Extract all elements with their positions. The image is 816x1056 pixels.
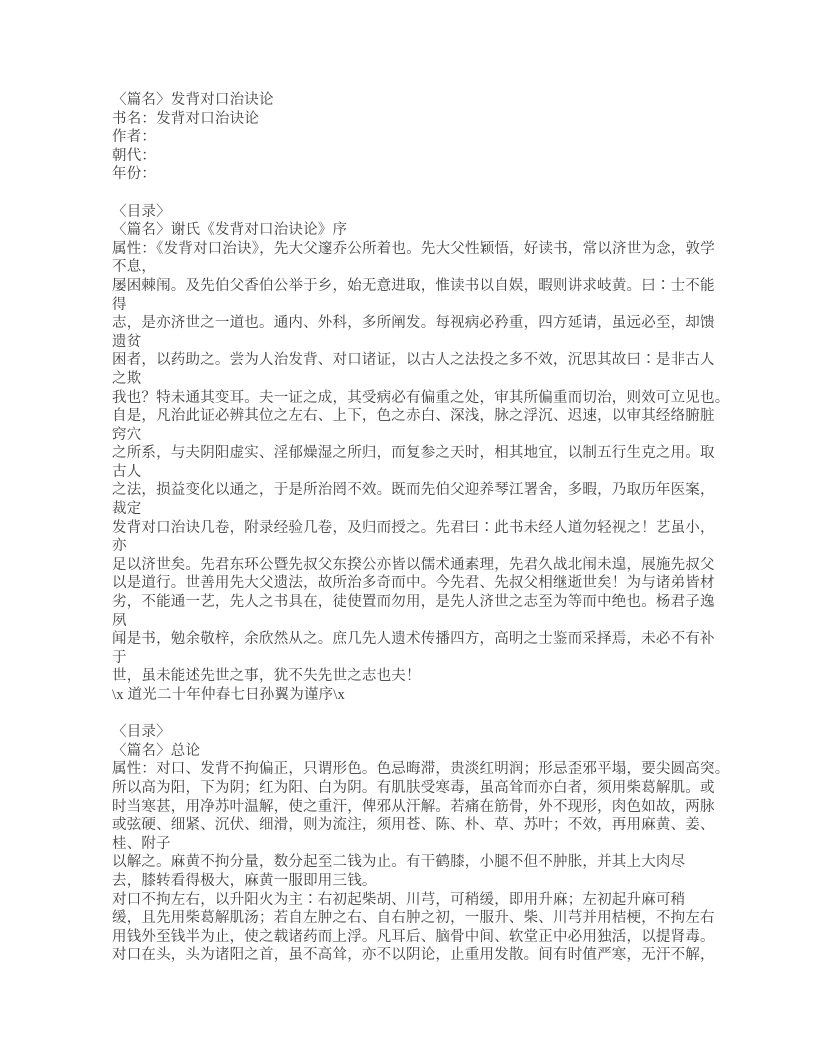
text-line: 足以济世矣。先君东环公暨先叔父东揆公亦皆以儒术通素理，先君久战北闱未遑，展施先叔…: [112, 556, 732, 575]
text-line: 不息，: [112, 258, 732, 277]
text-line: 属性：对口、发背不拘偏正，只谓形色。色忌晦滞，贵淡红明润；形忌歪邪平塌，要尖圆高…: [112, 760, 732, 779]
text-line: 用钱外至钱半为止，使之载诸药而上浮。凡耳后、脑骨中间、软堂正中必用独活，以提肾毒…: [112, 928, 732, 947]
text-line: 之欺: [112, 370, 732, 389]
text-line: 去，膝转看得极大，麻黄一服即用三钱。: [112, 872, 732, 891]
text-line: 或弦硬、细紧、沉伏、细滑，则为流注，须用苍、陈、朴、草、苏叶；不效，再用麻黄、姜…: [112, 816, 732, 835]
text-line: 缓，且先用柴葛解肌汤；若自左肿之右、自右肿之初，一服升、柴、川芎并用桔梗，不拘左…: [112, 909, 732, 928]
text-line: 朝代：: [112, 147, 732, 166]
text-line: 于: [112, 649, 732, 668]
text-line: 之所系，与夫阴阳虚实、淫郁燥湿之所归，而复参之天时，相其地宜，以制五行生克之用。…: [112, 444, 732, 463]
text-line: 亦: [112, 537, 732, 556]
text-line: 困者，以药助之。尝为人治发背、对口诸证，以古人之法投之多不效，沉思其故曰∶是非古…: [112, 351, 732, 370]
text-line: 志，是亦济世之一道也。通内、外科，多所阐发。每视病必矜重，四方延请，虽远必至，却…: [112, 314, 732, 333]
text-line: 我也？特未通其变耳。夫一证之成，其受病必有偏重之处，审其所偏重而切治，则效可立见…: [112, 389, 732, 408]
text-line: 〈目录〉: [112, 723, 732, 742]
text-line: 〈篇名〉总论: [112, 742, 732, 761]
text-line: 裁定: [112, 500, 732, 519]
text-line: 窍穴: [112, 426, 732, 445]
text-line: 〈篇名〉谢氏《发背对口治诀论》序: [112, 221, 732, 240]
document-text: 〈篇名〉发背对口治诀论书名：发背对口治诀论作者：朝代：年份： 〈目录〉〈篇名〉谢…: [112, 91, 732, 965]
text-line: 对口不拘左右，以升阳火为主∶右初起柴胡、川芎，可稍缓，即用升麻；左初起升麻可稍: [112, 891, 732, 910]
text-line: 发背对口治诀几卷，附录经验几卷，及归而授之。先君曰∶此书未经人道勿轻视之！艺虽小…: [112, 519, 732, 538]
text-line: 〈目录〉: [112, 203, 732, 222]
text-line: 世，虽未能述先世之事，犹不失先世之志也夫！: [112, 667, 732, 686]
text-line: 夙: [112, 612, 732, 631]
text-line: 遗贫: [112, 333, 732, 352]
text-line: 所以高为阳，下为阴；红为阳、白为阴。有肌肤受寒毒，虽高耸而亦白者，须用柴葛解肌。…: [112, 779, 732, 798]
text-line: [112, 184, 732, 203]
text-line: 时当寒甚，用净苏叶温解，使之重汗，俾邪从汗解。若痛在筋骨，外不现形，肉色如故，两…: [112, 798, 732, 817]
text-line: 自是，凡治此证必辨其位之左右、上下，色之赤白、深浅，脉之浮沉、迟速，以审其经络腑…: [112, 407, 732, 426]
text-line: 属性：《发背对口治诀》，先大父邃乔公所着也。先大父性颖悟，好读书，常以济世为念，…: [112, 240, 732, 259]
text-line: 桂、附子: [112, 835, 732, 854]
text-line: 屡困棘闱。及先伯父香伯公举于乡，始无意进取，惟读书以自娱，暇则讲求岐黄。曰∶士不…: [112, 277, 732, 296]
text-line: 得: [112, 296, 732, 315]
text-line: 书名：发背对口治诀论: [112, 110, 732, 129]
text-line: 之法，损益变化以通之，于是所治罔不效。既而先伯父迎养琴江署舍，多暇，乃取历年医案…: [112, 481, 732, 500]
text-line: [112, 705, 732, 724]
text-line: 以是道行。世善用先大父遗法，故所治多奇而中。今先君、先叔父相继逝世矣！为与诸弟皆…: [112, 574, 732, 593]
text-line: 对口在头，头为诸阳之首，虽不高耸，亦不以阴论，止重用发散。间有时值严寒，无汗不解…: [112, 946, 732, 965]
text-line: 劣，不能通一艺，先人之书具在，徒使置而勿用，是先人济世之志至为等而中绝也。杨君子…: [112, 593, 732, 612]
document-page: 〈篇名〉发背对口治诀论书名：发背对口治诀论作者：朝代：年份： 〈目录〉〈篇名〉谢…: [0, 0, 816, 1056]
text-line: 〈篇名〉发背对口治诀论: [112, 91, 732, 110]
text-line: 以解之。麻黄不拘分量，数分起至二钱为止。有干鹤膝，小腿不但不肿胀，并其上大肉尽: [112, 853, 732, 872]
text-line: \x 道光二十年仲春七日孙翼为谨序\x: [112, 686, 732, 705]
text-line: 作者：: [112, 128, 732, 147]
text-line: 古人: [112, 463, 732, 482]
text-line: 年份：: [112, 165, 732, 184]
text-line: 闻是书，勉余敬梓，余欣然从之。庶几先人遗术传播四方，高明之士鉴而采择焉，未必不有…: [112, 630, 732, 649]
